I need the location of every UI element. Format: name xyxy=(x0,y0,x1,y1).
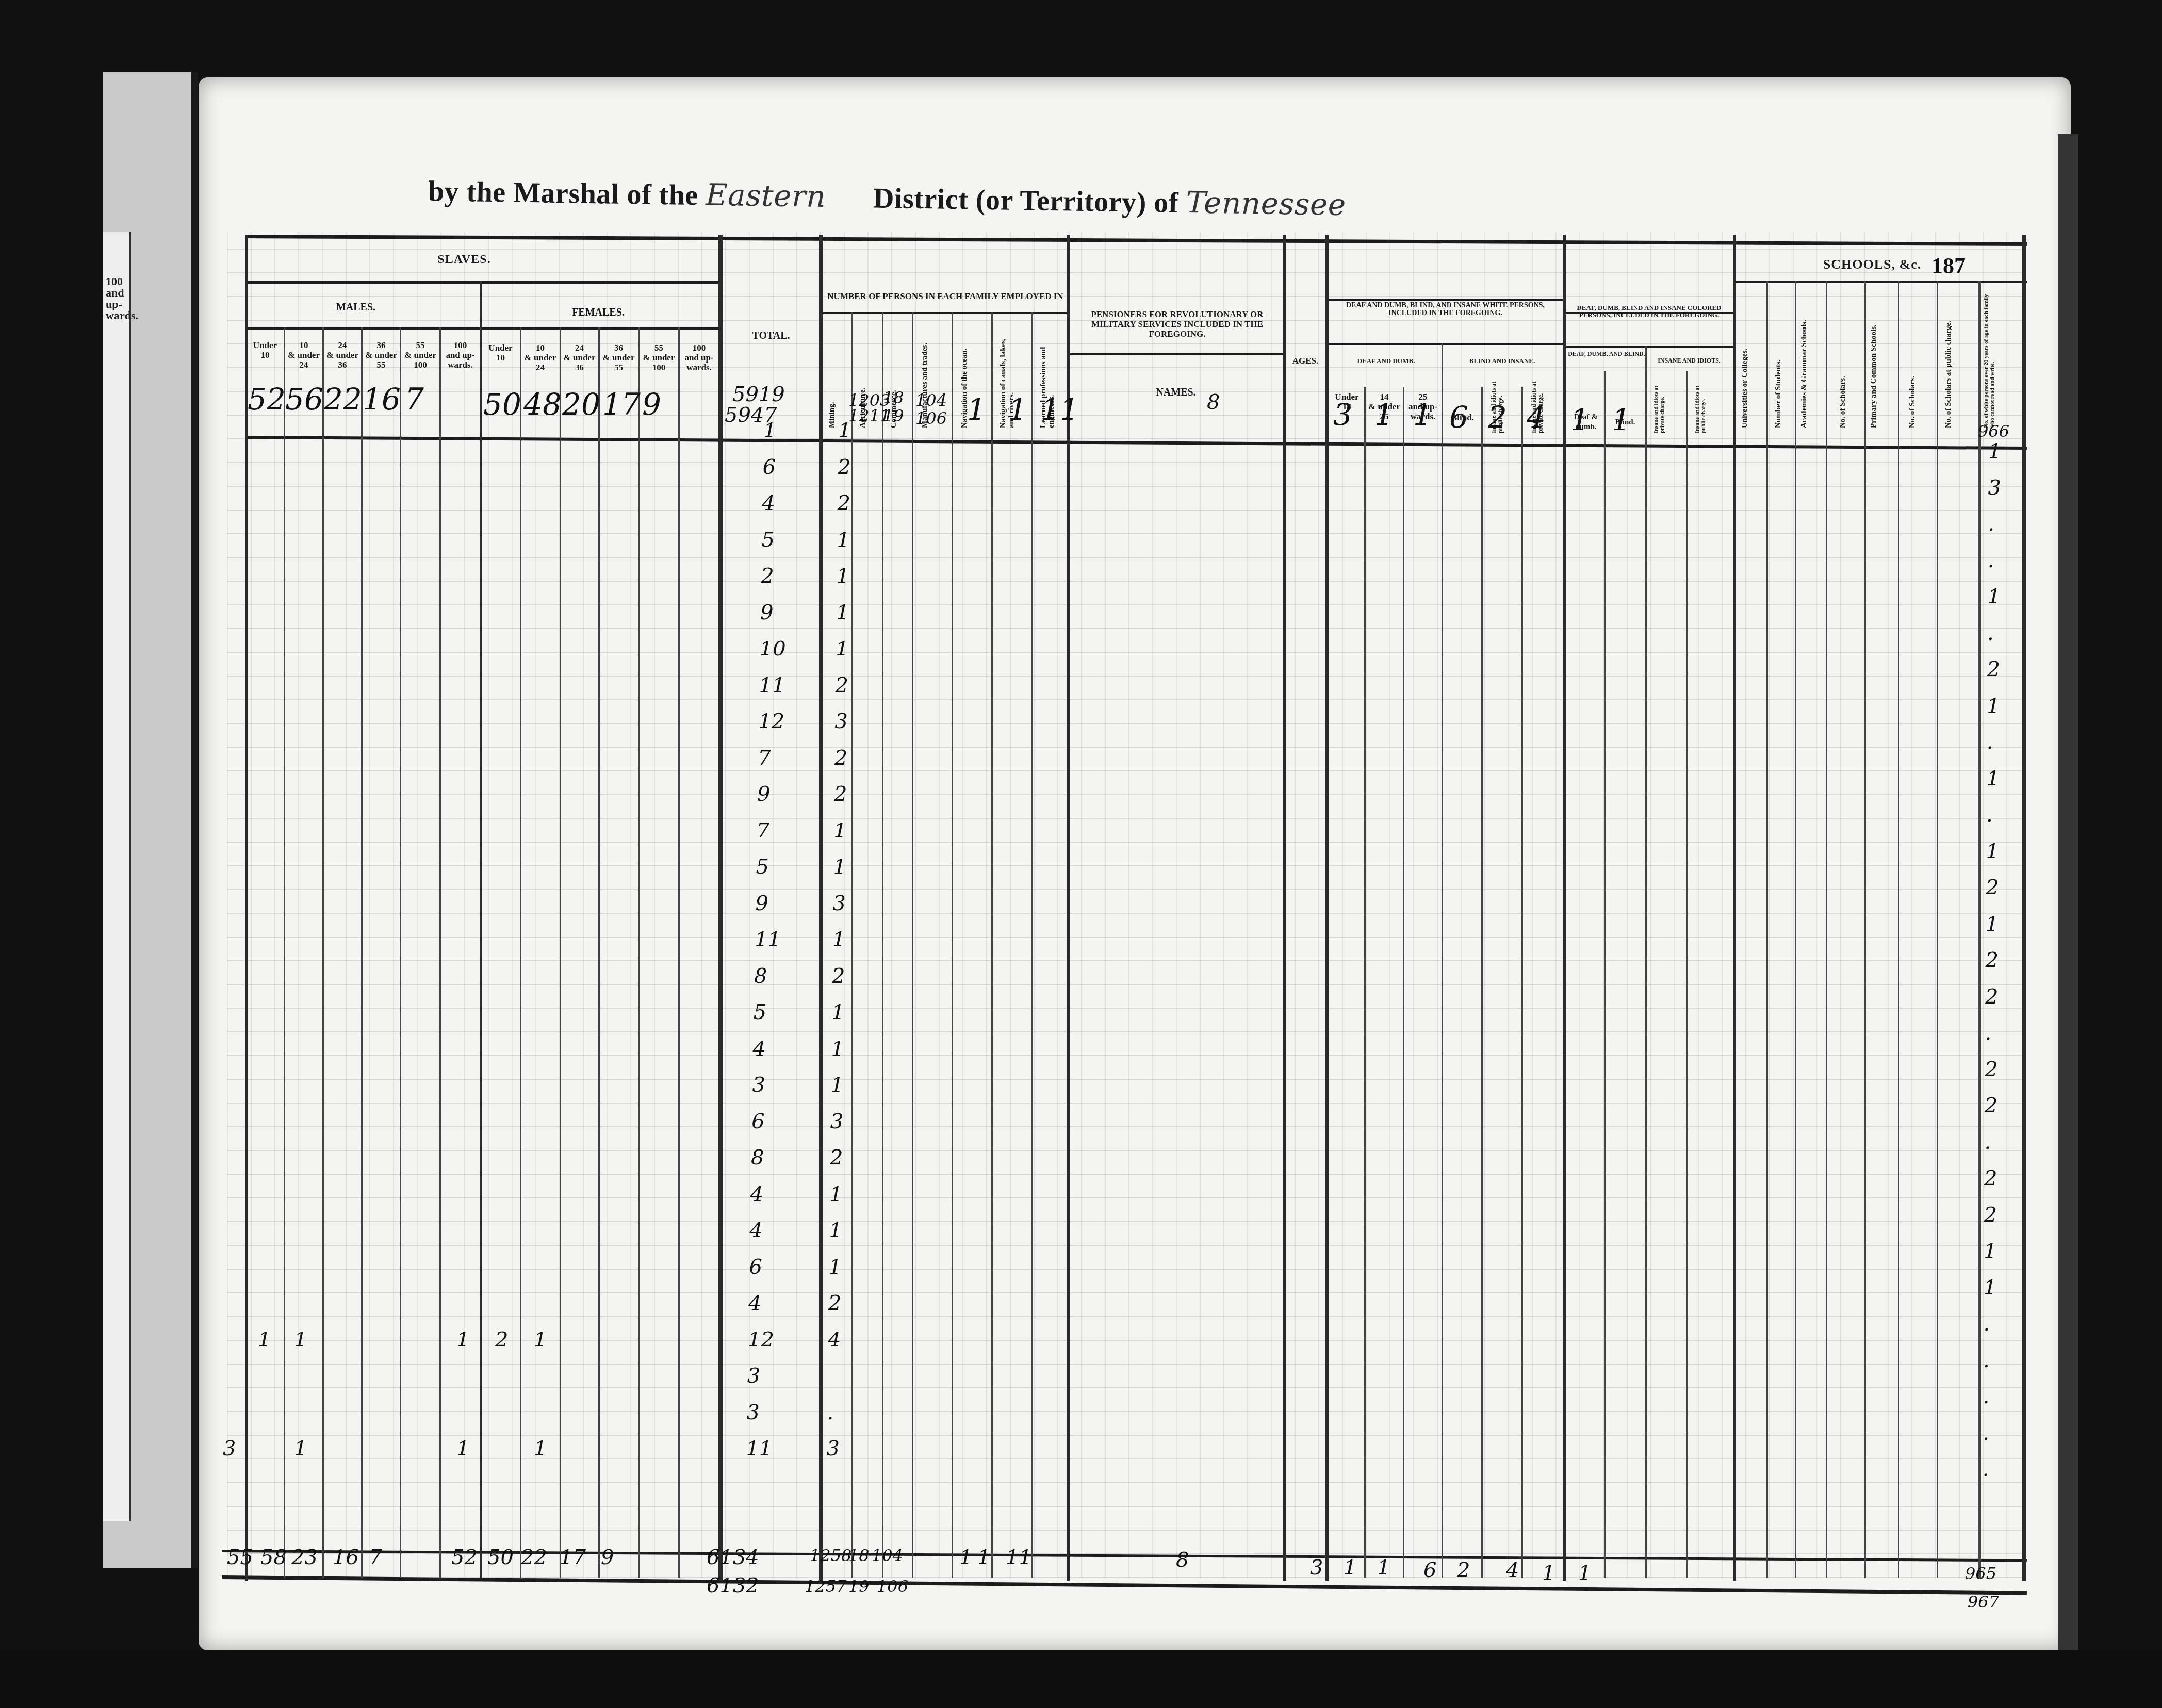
carried-slave-male: 16 xyxy=(363,384,401,414)
footer-slave-female: 17 xyxy=(560,1547,586,1568)
school-col-academies: Academies & Grammar Schools. xyxy=(1800,294,1821,428)
row-illiterate: 2 xyxy=(1985,950,1998,971)
sub-col-line xyxy=(520,327,521,1578)
footer-agriculture: 1258 xyxy=(810,1547,851,1564)
row-agriculture: 1 xyxy=(829,1220,842,1241)
age-top: 55 xyxy=(640,343,678,353)
row-total: 6 xyxy=(751,1111,764,1132)
footer-slave-male: 58 xyxy=(260,1547,287,1568)
row-total: 3 xyxy=(747,1366,760,1386)
row-illiterate: . xyxy=(1984,1132,1991,1153)
carried-total-1: 5919 xyxy=(732,384,785,405)
sub-col-line xyxy=(1403,387,1404,1578)
age-mid: & under xyxy=(521,353,560,363)
sub-col-line xyxy=(678,327,680,1578)
age-bot: 36 xyxy=(324,360,361,370)
sub-col-line xyxy=(560,327,561,1578)
carried-slave-male: 22 xyxy=(324,384,362,414)
row-total: 9 xyxy=(760,602,773,623)
age-bot: wards. xyxy=(441,360,480,370)
footer-white-deaf: 3 xyxy=(1310,1557,1323,1578)
header-white-deaf: DEAF AND DUMB. xyxy=(1331,356,1442,366)
row-illiterate: . xyxy=(1987,623,1994,644)
row-slave-male: 1 xyxy=(258,1329,271,1350)
row-illiterate: 1 xyxy=(1987,696,2000,716)
row-agriculture: 2 xyxy=(838,457,850,478)
carried-white-blind: 4 xyxy=(1527,402,1546,432)
sub-col-line xyxy=(1766,281,1768,1578)
header-white-group: DEAF AND DUMB, BLIND, AND INSANE WHITE P… xyxy=(1331,302,1560,317)
sub-col-line xyxy=(1686,371,1688,1578)
footer-total-corrected: 6132 xyxy=(707,1575,759,1596)
age-mid: & under xyxy=(599,353,638,363)
row-illiterate: 1 xyxy=(1986,768,1999,789)
sub-col-line xyxy=(912,312,913,1578)
sub-col-line xyxy=(991,312,993,1578)
col-divider xyxy=(718,235,723,1581)
row-agriculture: 3 xyxy=(827,1438,840,1459)
row-illiterate: 2 xyxy=(1985,987,1998,1007)
age-mid: & under xyxy=(285,350,322,360)
age-top: 36 xyxy=(363,340,400,350)
row-slave-male: 1 xyxy=(294,1329,307,1350)
header-males: MALES. xyxy=(320,302,392,313)
row-agriculture: 2 xyxy=(837,493,850,514)
footer-slave-male: 55 xyxy=(227,1547,253,1568)
row-illiterate: . xyxy=(1983,1313,1990,1334)
age-mid: & under xyxy=(640,353,678,363)
footer-schools-last-corrected: 967 xyxy=(1968,1594,1999,1610)
carried-slave-female: 48 xyxy=(523,389,562,419)
left-page-stub xyxy=(103,232,131,1521)
row-illiterate: 2 xyxy=(1984,1168,1997,1189)
row-total: 10 xyxy=(760,638,786,659)
row-agriculture: 2 xyxy=(832,966,845,987)
row-agriculture: 4 xyxy=(828,1329,841,1350)
header-colored-deaf: DEAF, DUMB, AND BLIND. xyxy=(1568,351,1645,357)
age-mid: and up- xyxy=(441,350,480,360)
sub-col-line xyxy=(1795,281,1796,1578)
age-top: 10 xyxy=(285,340,322,350)
state-handwritten: Tennessee xyxy=(1186,185,1346,222)
age-bot: 24 xyxy=(285,360,322,370)
row-total: 4 xyxy=(750,1220,763,1241)
age-bot: 100 xyxy=(401,360,439,370)
row-agriculture: 1 xyxy=(829,1257,842,1277)
footer-white-deaf: 1 xyxy=(1344,1557,1356,1578)
age-bot: wards. xyxy=(680,363,718,372)
col-divider xyxy=(1325,235,1329,1581)
schools-rule xyxy=(1735,281,2027,283)
row-slave-female: 1 xyxy=(534,1329,547,1350)
age-header-male-4: 55& under100 xyxy=(401,340,439,370)
age-header-male-0: Under10 xyxy=(247,340,284,360)
row-total: 12 xyxy=(758,711,784,732)
row-illiterate: . xyxy=(1986,804,1993,825)
white-sub-rule xyxy=(1328,343,1563,345)
occupations-rule xyxy=(820,312,1068,314)
age-mid: Under xyxy=(247,340,284,350)
footer-white-deaf: 1 xyxy=(1377,1557,1390,1578)
row-illiterate: 2 xyxy=(1985,1059,1997,1080)
age-header-male-1: 10& under24 xyxy=(285,340,322,370)
carried-manufactures-2: 106 xyxy=(915,410,947,426)
school-col-illiterate: No. of white persons over 20 years of ag… xyxy=(1983,294,2019,428)
row-total: 3 xyxy=(747,1402,760,1423)
header-total: TOTAL. xyxy=(725,330,817,341)
row-total: 11 xyxy=(746,1438,772,1459)
row-agriculture: 1 xyxy=(836,602,849,623)
sub-col-line xyxy=(882,312,883,1578)
age-top: 24 xyxy=(324,340,361,350)
footer-white-blind: 4 xyxy=(1506,1560,1519,1581)
row-illiterate: 2 xyxy=(1985,1095,1997,1116)
row-total: 5 xyxy=(761,530,774,550)
col-divider xyxy=(1563,235,1566,1581)
col-divider xyxy=(819,235,823,1581)
sub-col-line xyxy=(1364,387,1366,1578)
sub-col-line xyxy=(1937,281,1938,1578)
footer-slave-female: 22 xyxy=(521,1547,547,1568)
age-mid: Under xyxy=(481,343,520,353)
carried-nav-ocean: 1 xyxy=(967,395,986,424)
row-agriculture: 2 xyxy=(830,1147,843,1168)
row-illiterate: . xyxy=(1988,514,1994,534)
sub-col-line xyxy=(1978,281,1981,1578)
row-agriculture: 3 xyxy=(833,893,846,914)
row-illiterate: . xyxy=(1988,550,1994,571)
row-illiterate: 1 xyxy=(1986,914,1999,934)
sub-col-line xyxy=(1826,281,1827,1578)
header-colored-group: DEAF, DUMB, BLIND AND INSANE COLORED PER… xyxy=(1568,304,1730,319)
row-illiterate: . xyxy=(1983,1350,1990,1371)
age-header-female-3: 36& under55 xyxy=(599,343,638,372)
age-header-female-1: 10& under24 xyxy=(521,343,560,372)
footer-slave-female: 50 xyxy=(487,1547,514,1568)
age-top: 100 xyxy=(441,340,480,350)
row-agriculture: 3 xyxy=(835,711,848,732)
row-agriculture: 2 xyxy=(834,784,847,804)
row-total: 5 xyxy=(754,1002,766,1023)
footer-manufactures: 104 xyxy=(872,1547,903,1564)
sub-col-line xyxy=(1645,346,1647,1578)
scan-border xyxy=(0,1650,2162,1708)
footer-slave-female: 52 xyxy=(451,1547,478,1568)
row-total: 11 xyxy=(759,675,785,696)
header-occupations: NUMBER OF PERSONS IN EACH FAMILY EMPLOYE… xyxy=(824,291,1067,301)
colored-insane-public: Insane and idiots at public charge. xyxy=(1694,382,1720,433)
footer-learned: 11 xyxy=(1006,1547,1032,1568)
row-total: 8 xyxy=(754,966,767,987)
carried-colored: 1 xyxy=(1570,405,1590,435)
footer-colored: 1 xyxy=(1542,1563,1555,1583)
row-slave-female: 1 xyxy=(534,1438,547,1459)
age-bot: 10 xyxy=(481,353,520,363)
grid-paper xyxy=(227,232,2022,1578)
row-illiterate: 2 xyxy=(1986,877,1999,898)
age-bot: 24 xyxy=(521,363,560,372)
title-prefix: by the Marshal of the xyxy=(428,175,698,211)
carried-white-deaf: 1 xyxy=(1374,400,1394,430)
row-slave-male: 1 xyxy=(294,1438,307,1459)
row-total: 7 xyxy=(757,820,769,841)
row-agriculture: 1 xyxy=(837,530,850,550)
row-agriculture: 1 xyxy=(832,929,845,950)
age-header-male-2: 24& under36 xyxy=(324,340,361,370)
age-header-female-5: 100and up-wards. xyxy=(680,343,718,372)
row-total: 4 xyxy=(750,1184,763,1205)
header-slaves: SLAVES. xyxy=(413,253,516,266)
school-col-primary: Primary and Common Schools. xyxy=(1870,294,1890,428)
row-total: 12 xyxy=(748,1329,774,1350)
row-agriculture: 2 xyxy=(835,675,848,696)
row-total: 3 xyxy=(752,1075,765,1095)
carried-slave-male: 56 xyxy=(285,384,323,414)
school-col-scholars-1: No. of Scholars. xyxy=(1839,294,1854,428)
header-white-blind: BLIND AND INSANE. xyxy=(1444,356,1560,366)
sub-col-line xyxy=(1031,312,1033,1578)
age-mid: and up- xyxy=(680,353,718,363)
row-illiterate: . xyxy=(1987,732,1993,752)
carried-slave-female: 17 xyxy=(602,389,641,419)
row-total: 6 xyxy=(749,1257,762,1277)
row-illiterate: 1 xyxy=(1988,441,2001,462)
row-slave-female: 1 xyxy=(456,1438,469,1459)
age-bot: 10 xyxy=(247,350,284,360)
footer-commerce-corrected: 19 xyxy=(848,1578,870,1595)
school-col-public-charge: No. of Scholars at public charge. xyxy=(1944,294,1968,428)
carried-commerce-1: 18 xyxy=(883,389,904,406)
age-bot: 55 xyxy=(599,363,638,372)
footer-commerce: 18 xyxy=(848,1547,870,1564)
occ-mining: Mining. xyxy=(828,335,836,428)
school-col-scholars-2: No. of Scholars. xyxy=(1908,294,1924,428)
row-total: 11 xyxy=(755,929,781,950)
age-mid: & under xyxy=(401,350,439,360)
row-total: 1 xyxy=(763,420,776,441)
footer-slave-male: 16 xyxy=(333,1547,359,1568)
carried-slave-female: 20 xyxy=(562,389,600,419)
carried-white-blind: 2 xyxy=(1488,402,1507,432)
pensioners-rule xyxy=(1070,353,1284,355)
row-agriculture: 2 xyxy=(834,748,847,768)
footer-slave-female: 9 xyxy=(601,1547,614,1568)
row-total: 5 xyxy=(756,857,769,877)
row-agriculture: 2 xyxy=(828,1293,841,1313)
carried-schools-last: 966 xyxy=(1978,423,2009,439)
footer-total: 6134 xyxy=(707,1547,759,1568)
left-page-stub-text: 100 and up- wards. xyxy=(106,276,129,321)
sub-col-line xyxy=(1604,371,1606,1578)
row-illiterate: 3 xyxy=(1988,478,2001,498)
row-agriculture: . xyxy=(827,1402,833,1423)
sub-col-line xyxy=(284,327,285,1578)
age-top: 10 xyxy=(521,343,560,353)
col-divider xyxy=(1067,235,1070,1581)
row-total: 9 xyxy=(755,893,768,914)
header-colored-insane: INSANE AND IDIOTS. xyxy=(1648,356,1730,366)
age-mid: & under xyxy=(363,350,400,360)
sub-col-line xyxy=(851,312,853,1578)
row-slave-male: 3 xyxy=(223,1438,236,1459)
colored-sub-rule xyxy=(1565,346,1733,348)
footer-manufactures-corrected: 106 xyxy=(877,1578,908,1595)
row-agriculture: 1 xyxy=(833,820,846,841)
row-total: 7 xyxy=(758,748,771,768)
carried-slave-female: 50 xyxy=(483,389,521,419)
carried-learned: 11 xyxy=(1041,395,1079,424)
sub-col-line xyxy=(638,327,640,1578)
sub-col-line xyxy=(1864,281,1866,1578)
row-agriculture: 3 xyxy=(830,1111,843,1132)
sub-col-line xyxy=(1521,387,1523,1578)
colored-insane-private: Insane and idiots at private charge. xyxy=(1653,382,1679,433)
slaves-sex-rule xyxy=(245,327,719,330)
row-illiterate: . xyxy=(1983,1386,1990,1407)
footer-white-blind: 6 xyxy=(1423,1560,1436,1581)
age-bot: 100 xyxy=(640,363,678,372)
book-binding xyxy=(2058,134,2078,1655)
footer-slave-male: 7 xyxy=(369,1547,382,1568)
sub-col-line xyxy=(952,312,953,1578)
row-illiterate: . xyxy=(1983,1423,1989,1443)
row-slave-female: 1 xyxy=(456,1329,469,1350)
col-divider xyxy=(1283,235,1286,1581)
row-illiterate: 2 xyxy=(1984,1205,1997,1225)
sub-col-line xyxy=(400,327,401,1578)
footer-colored: 1 xyxy=(1578,1563,1591,1583)
age-top: 55 xyxy=(401,340,439,350)
footer-white-blind: 2 xyxy=(1457,1560,1470,1581)
header-schools: SCHOOLS, &c. xyxy=(1764,258,1980,271)
col-divider xyxy=(480,281,482,1578)
carried-manufactures-1: 104 xyxy=(915,392,947,408)
sub-col-line xyxy=(361,327,363,1578)
carried-colored: 1 xyxy=(1612,405,1631,435)
sub-col-line xyxy=(322,327,324,1578)
sub-col-line xyxy=(1481,387,1483,1578)
row-total: 6 xyxy=(763,457,776,478)
age-top: 36 xyxy=(599,343,638,353)
carried-white-deaf: 3 xyxy=(1333,400,1352,430)
row-illiterate: 2 xyxy=(1987,659,2000,680)
carried-commerce-2: 19 xyxy=(883,407,904,424)
footer-agriculture-corrected: 1257 xyxy=(805,1578,846,1595)
row-illiterate: 1 xyxy=(1984,1277,1996,1298)
age-mid: & under xyxy=(324,350,361,360)
header-ages: AGES. xyxy=(1287,356,1324,366)
row-illiterate: . xyxy=(1983,1459,1989,1480)
row-agriculture: 1 xyxy=(833,857,846,877)
sub-col-line xyxy=(1442,343,1443,1578)
row-agriculture: 1 xyxy=(836,638,848,659)
age-mid: & under xyxy=(561,353,598,363)
row-agriculture: 1 xyxy=(838,420,851,441)
row-agriculture: 1 xyxy=(831,1039,844,1059)
age-header-male-5: 100and up-wards. xyxy=(441,340,480,370)
age-header-female-4: 55& under100 xyxy=(640,343,678,372)
sub-col-line xyxy=(439,327,441,1578)
row-total: 8 xyxy=(751,1147,764,1168)
age-top: 24 xyxy=(561,343,598,353)
row-total: 4 xyxy=(762,493,775,514)
school-col-universities: Universities or Colleges. xyxy=(1741,294,1761,428)
slaves-rule xyxy=(245,281,719,284)
col-divider xyxy=(2022,235,2026,1581)
row-illiterate: 1 xyxy=(1984,1241,1996,1261)
sub-col-line xyxy=(598,327,600,1578)
age-header-female-0: Under10 xyxy=(481,343,520,363)
carried-white-deaf: 1 xyxy=(1413,400,1432,430)
age-top: 100 xyxy=(680,343,718,353)
carried-slave-male: 52 xyxy=(248,384,286,414)
white-rule xyxy=(1328,299,1563,301)
row-illiterate: . xyxy=(1985,1023,1992,1043)
footer-slave-male: 23 xyxy=(291,1547,318,1568)
title-middle: District (or Territory) of xyxy=(873,183,1179,219)
age-bot: 36 xyxy=(561,363,598,372)
row-illiterate: 1 xyxy=(1986,841,1999,862)
row-agriculture: 1 xyxy=(831,1075,844,1095)
row-total: 2 xyxy=(761,566,774,586)
faded-print xyxy=(833,188,866,212)
sub-col-line xyxy=(1898,281,1899,1578)
row-total: 4 xyxy=(753,1039,766,1059)
age-header-female-2: 24& under36 xyxy=(561,343,598,372)
footer-nav-ocean: 1 xyxy=(959,1547,972,1568)
col-divider xyxy=(245,235,248,1581)
carried-slave-female: 9 xyxy=(642,389,661,419)
row-total: 4 xyxy=(748,1293,761,1313)
row-illiterate: 1 xyxy=(1987,586,2000,607)
district-handwritten: Eastern xyxy=(706,177,826,214)
col-divider xyxy=(1733,235,1736,1581)
header-females: FEMALES. xyxy=(557,307,640,318)
footer-nav-canals: 1 xyxy=(977,1547,990,1568)
footer-schools-last: 965 xyxy=(1965,1565,1996,1582)
carried-pensioners: 8 xyxy=(1207,392,1220,413)
carried-nav-canals: 1 xyxy=(1008,395,1027,424)
school-col-students: Number of Students. xyxy=(1774,294,1790,428)
age-bot: 55 xyxy=(363,360,400,370)
footer-pensioners: 8 xyxy=(1176,1550,1189,1570)
carried-white-blind: 6 xyxy=(1449,402,1468,432)
age-header-male-3: 36& under55 xyxy=(363,340,400,370)
row-total: 9 xyxy=(757,784,770,804)
row-slave-female: 2 xyxy=(495,1329,508,1350)
row-agriculture: 1 xyxy=(831,1002,844,1023)
row-agriculture: 1 xyxy=(829,1184,842,1205)
header-pensioners: PENSIONERS FOR REVOLUTIONARY OR MILITARY… xyxy=(1075,309,1279,339)
carried-slave-male: 7 xyxy=(405,384,424,414)
row-agriculture: 1 xyxy=(837,566,849,586)
